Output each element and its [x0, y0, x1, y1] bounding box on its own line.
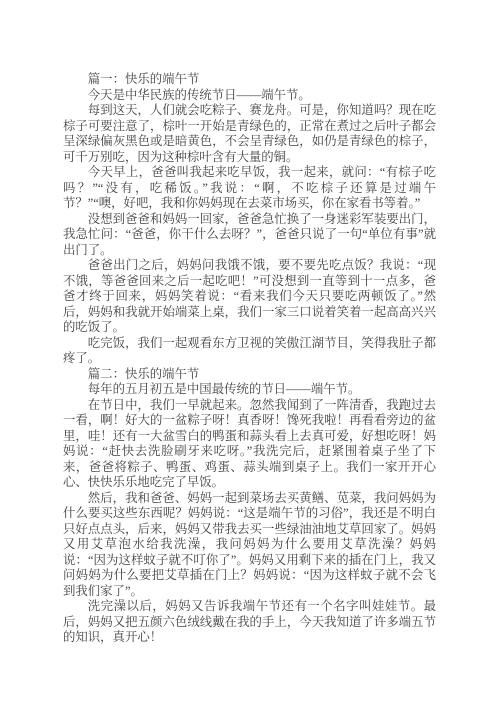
section-heading: 篇二：快乐的端午节	[63, 367, 436, 383]
document-page: 篇一：快乐的端午节今天是中华民族的传统节日——端午节。每到这天，人们就会吃粽子、…	[0, 0, 500, 707]
section-heading: 篇一：快乐的端午节	[63, 72, 436, 88]
paragraph: 吃完饭，我们一起观看东方卫视的笑傲江湖节目，笑得我肚子都疼了。	[63, 336, 436, 367]
document-body: 篇一：快乐的端午节今天是中华民族的传统节日——端午节。每到这天，人们就会吃粽子、…	[63, 72, 436, 646]
paragraph: 没想到爸爸和妈妈一回家，爸爸急忙换了一身迷彩军装要出门，我急忙问：“爸爸，你干什…	[63, 212, 436, 259]
paragraph: 在节日中，我们一早就起来。忽然我闻到了一阵清香，我跑过去一看，啊！好大的一盆粽子…	[63, 398, 436, 491]
paragraph: 今天早上，爸爸叫我起来吃早饭，我一起来，就问：“有棕子吃吗？”“没有，吃稀饭。”…	[63, 165, 436, 212]
paragraph: 然后，我和爸爸、妈妈一起到菜场去买黄鳝、苋菜，我问妈妈为什么要买这些东西呢？妈妈…	[63, 491, 436, 600]
paragraph: 每到这天，人们就会吃粽子、赛龙舟。可是，你知道吗？现在吃棕子可要注意了，棕叶一开…	[63, 103, 436, 165]
paragraph: 洗完澡以后，妈妈又告诉我端午节还有一个名字叫娃娃节。最后，妈妈又把五颜六色绒线戴…	[63, 599, 436, 646]
paragraph: 每年的五月初五是中国最传统的节日——端午节。	[63, 382, 436, 398]
paragraph: 爸爸出门之后，妈妈问我饿不饿，要不要先吃点饭？我说：“现不饿，等爸爸回来之后一起…	[63, 258, 436, 336]
paragraph: 今天是中华民族的传统节日——端午节。	[63, 88, 436, 104]
